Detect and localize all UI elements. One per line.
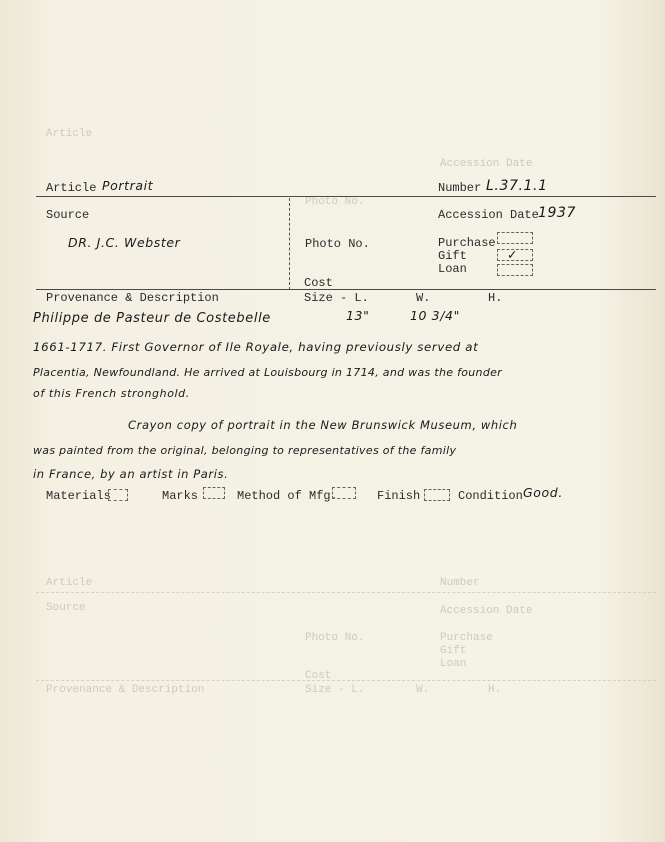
purchase-label: Purchase xyxy=(438,236,496,250)
ghost-gift-2: Gift xyxy=(440,645,466,657)
materials-label: Materials xyxy=(46,489,111,503)
size-w-value: 10 3/4" xyxy=(410,308,460,323)
accession-value: 1937 xyxy=(538,205,576,221)
article-divider xyxy=(36,196,656,197)
provenance-divider xyxy=(36,289,656,290)
source-value: DR. J.C. Webster xyxy=(68,235,180,250)
description-line-4: of this French stronghold. xyxy=(33,387,190,400)
ghost-w-2: W. xyxy=(416,684,429,696)
marks-label: Marks xyxy=(162,489,198,503)
description-line-2: 1661-1717. First Governor of Ile Royale,… xyxy=(33,340,478,354)
ghost-article-2: Article xyxy=(46,577,92,589)
condition-label: Condition xyxy=(458,489,523,503)
gift-checkmark: ✓ xyxy=(507,247,518,262)
accession-label: Accession Date xyxy=(438,208,539,222)
ghost-h-2: H. xyxy=(488,684,501,696)
materials-box[interactable] xyxy=(108,489,128,501)
ghost-provenance-2: Provenance & Description xyxy=(46,684,204,696)
article-value: Portrait xyxy=(102,178,153,193)
ghost-photo: Photo No. xyxy=(305,196,364,208)
ghost-line-2 xyxy=(36,680,656,681)
loan-label: Loan xyxy=(438,262,467,276)
loan-checkbox[interactable] xyxy=(497,264,533,276)
size-h-label: H. xyxy=(488,291,502,305)
ghost-loan-2: Loan xyxy=(440,658,466,670)
photo-label: Photo No. xyxy=(305,237,370,251)
purchase-checkbox[interactable] xyxy=(497,232,533,244)
ghost-line-1 xyxy=(36,592,656,593)
marks-box[interactable] xyxy=(203,487,225,499)
number-value: L.37.1.1 xyxy=(486,178,548,194)
description-line-6: was painted from the original, belonging… xyxy=(33,444,456,457)
column-divider xyxy=(289,198,290,290)
ghost-purchase-2: Purchase xyxy=(440,632,493,644)
gift-label: Gift xyxy=(438,249,467,263)
finish-box[interactable] xyxy=(424,489,450,501)
finish-label: Finish xyxy=(377,489,420,503)
description-line-1: Philippe de Pasteur de Costebelle xyxy=(33,311,271,326)
description-line-5: Crayon copy of portrait in the New Bruns… xyxy=(128,418,517,432)
source-label: Source xyxy=(46,208,89,222)
method-label: Method of Mfg. xyxy=(237,489,338,503)
size-l-value: 13" xyxy=(346,308,369,323)
provenance-label: Provenance & Description xyxy=(46,291,219,305)
size-l-label: Size - L. xyxy=(304,291,369,305)
description-line-7: in France, by an artist in Paris. xyxy=(33,467,228,481)
ghost-number-2: Number xyxy=(440,577,480,589)
ghost-accession-2: Accession Date xyxy=(440,605,532,617)
number-label: Number xyxy=(438,181,481,195)
cost-label: Cost xyxy=(304,276,333,290)
ghost-accession: Accession Date xyxy=(440,158,532,170)
ghost-source-2: Source xyxy=(46,602,86,614)
description-line-3: Placentia, Newfoundland. He arrived at L… xyxy=(33,366,502,379)
condition-value: Good. xyxy=(523,485,563,500)
ghost-article: Article xyxy=(46,128,92,140)
method-box[interactable] xyxy=(332,487,356,499)
ghost-size-2: Size - L. xyxy=(305,684,364,696)
article-label: Article xyxy=(46,181,96,195)
ghost-photo-2: Photo No. xyxy=(305,632,364,644)
size-w-label: W. xyxy=(416,291,430,305)
